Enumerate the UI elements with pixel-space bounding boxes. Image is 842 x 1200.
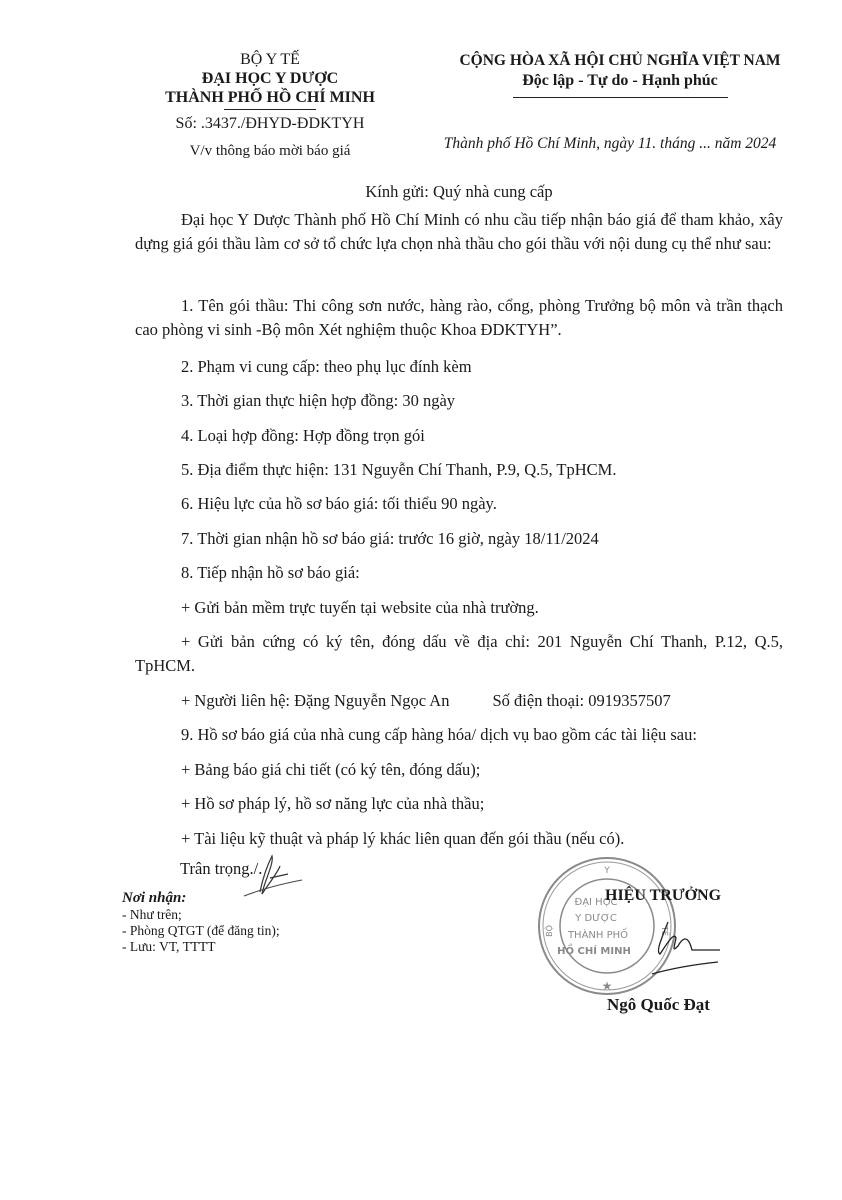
item-1-package-name: 1. Tên gói thầu: Thi công sơn nước, hàng… [135, 294, 783, 342]
university-name-line1: ĐẠI HỌC Y DƯỢC [130, 69, 410, 88]
item-5-location: 5. Địa điểm thực hiện: 131 Nguyễn Chí Th… [135, 458, 783, 482]
svg-text:Y DƯỢC: Y DƯỢC [574, 913, 617, 924]
recipients-title: Nơi nhận: [122, 890, 280, 906]
header-underline [224, 109, 316, 110]
national-header: CỘNG HÒA XÃ HỘI CHỦ NGHĨA VIỆT NAM Độc l… [445, 52, 795, 98]
required-doc-1: + Bảng báo giá chi tiết (có ký tên, đóng… [135, 758, 783, 782]
intro-paragraph: Đại học Y Dược Thành phố Hồ Chí Minh có … [135, 208, 783, 256]
director-signature-icon [650, 912, 725, 982]
svg-text:★: ★ [602, 979, 613, 993]
item-7-deadline: 7. Thời gian nhận hồ sơ báo giá: trước 1… [135, 527, 783, 551]
item-3-duration: 3. Thời gian thực hiện hợp đồng: 30 ngày [135, 389, 783, 413]
item-6-validity: 6. Hiệu lực của hồ sơ báo giá: tối thiểu… [135, 492, 783, 516]
recipient-item: - Phòng QTGT (để đăng tin); [122, 923, 280, 939]
item-2-scope: 2. Phạm vi cung cấp: theo phụ lục đính k… [135, 355, 783, 379]
signatory-title: HIỆU TRƯỞNG [605, 887, 721, 905]
item-9-title: 9. Hồ sơ báo giá của nhà cung cấp hàng h… [135, 723, 783, 747]
motto-underline [513, 97, 728, 98]
submission-hardcopy: + Gửi bản cứng có ký tên, đóng dấu về đị… [135, 630, 783, 678]
contact-row: + Người liên hệ: Đặng Nguyễn Ngọc AnSố đ… [135, 689, 783, 713]
document-subject: V/v thông báo mời báo giá [130, 142, 410, 161]
svg-text:THÀNH PHỐ: THÀNH PHỐ [567, 927, 628, 941]
item-4-contract-type: 4. Loại hợp đồng: Hợp đồng trọn gói [135, 424, 783, 448]
issuer-header: BỘ Y TẾ ĐẠI HỌC Y DƯỢC THÀNH PHỐ HỒ CHÍ … [130, 50, 410, 161]
submission-online: + Gửi bản mềm trực tuyến tại website của… [135, 596, 783, 620]
svg-text:HỒ CHÍ MINH: HỒ CHÍ MINH [557, 942, 631, 957]
salutation: Kính gửi: Quý nhà cung cấp [135, 182, 783, 202]
ministry-name: BỘ Y TẾ [130, 50, 410, 69]
item-8-receiving: 8. Tiếp nhận hồ sơ báo giá: [135, 561, 783, 585]
country-name: CỘNG HÒA XÃ HỘI CHỦ NGHĨA VIỆT NAM [445, 52, 795, 70]
document-number: Số: .3437./ĐHYD-ĐDKTYH [130, 114, 410, 133]
university-name-line2: THÀNH PHỐ HỒ CHÍ MINH [130, 88, 410, 107]
svg-text:BỘ: BỘ [543, 925, 554, 937]
document-date: Thành phố Hồ Chí Minh, ngày 11. tháng ..… [425, 135, 795, 153]
svg-text:Y: Y [603, 866, 610, 876]
recipient-item: - Lưu: VT, TTTT [122, 939, 280, 955]
signatory-name: Ngô Quốc Đạt [607, 995, 710, 1015]
required-doc-2: + Hồ sơ pháp lý, hồ sơ năng lực của nhà … [135, 792, 783, 816]
national-motto: Độc lập - Tự do - Hạnh phúc [445, 72, 795, 90]
recipients-block: Nơi nhận: - Như trên; - Phòng QTGT (để đ… [122, 890, 280, 955]
contact-phone: Số điện thoại: 0919357507 [492, 691, 670, 710]
required-doc-3: + Tài liệu kỹ thuật và pháp lý khác liên… [135, 827, 783, 851]
contact-person: + Người liên hệ: Đặng Nguyễn Ngọc An [181, 691, 449, 710]
recipient-item: - Như trên; [122, 907, 280, 923]
